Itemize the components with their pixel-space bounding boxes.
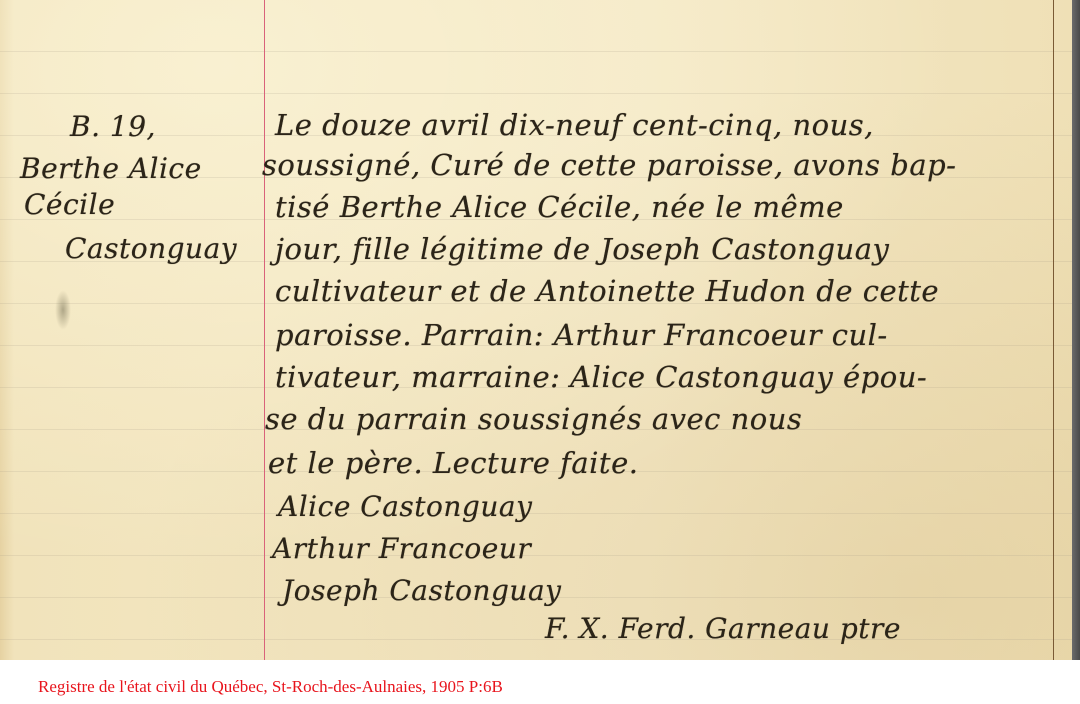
signature-marraine: Alice Castonguay bbox=[278, 490, 532, 523]
ink-smudge bbox=[55, 290, 71, 330]
record-line-7: tivateur, marraine: Alice Castonguay épo… bbox=[275, 360, 927, 394]
margin-given-names: Berthe Alice bbox=[20, 152, 202, 185]
right-margin-rule bbox=[1053, 0, 1054, 660]
signature-parrain: Arthur Francoeur bbox=[272, 532, 531, 565]
record-line-4: jour, fille légitime de Joseph Castongua… bbox=[275, 232, 889, 266]
record-line-6: paroisse. Parrain: Arthur Francoeur cul- bbox=[275, 318, 888, 352]
margin-third-name: Cécile bbox=[24, 188, 115, 221]
margin-surname: Castonguay bbox=[65, 232, 237, 265]
signature-father: Joseph Castonguay bbox=[282, 574, 561, 607]
signature-priest: F. X. Ferd. Garneau ptre bbox=[545, 612, 901, 645]
record-line-2: soussigné, Curé de cette paroisse, avons… bbox=[262, 148, 956, 182]
source-caption: Registre de l'état civil du Québec, St-R… bbox=[38, 677, 503, 697]
record-line-9: et le père. Lecture faite. bbox=[268, 446, 638, 480]
record-line-8: se du parrain soussignés avec nous bbox=[265, 402, 802, 436]
record-line-1: Le douze avril dix-neuf cent-cinq, nous, bbox=[275, 108, 874, 142]
register-page-scan: B. 19, Berthe Alice Cécile Castonguay Le… bbox=[0, 0, 1080, 660]
record-line-5: cultivateur et de Antoinette Hudon de ce… bbox=[275, 274, 939, 308]
entry-number: B. 19, bbox=[70, 110, 156, 143]
red-margin-line bbox=[264, 0, 265, 660]
page-edge-shadow bbox=[1072, 0, 1080, 660]
record-line-3: tisé Berthe Alice Cécile, née le même bbox=[275, 190, 844, 224]
